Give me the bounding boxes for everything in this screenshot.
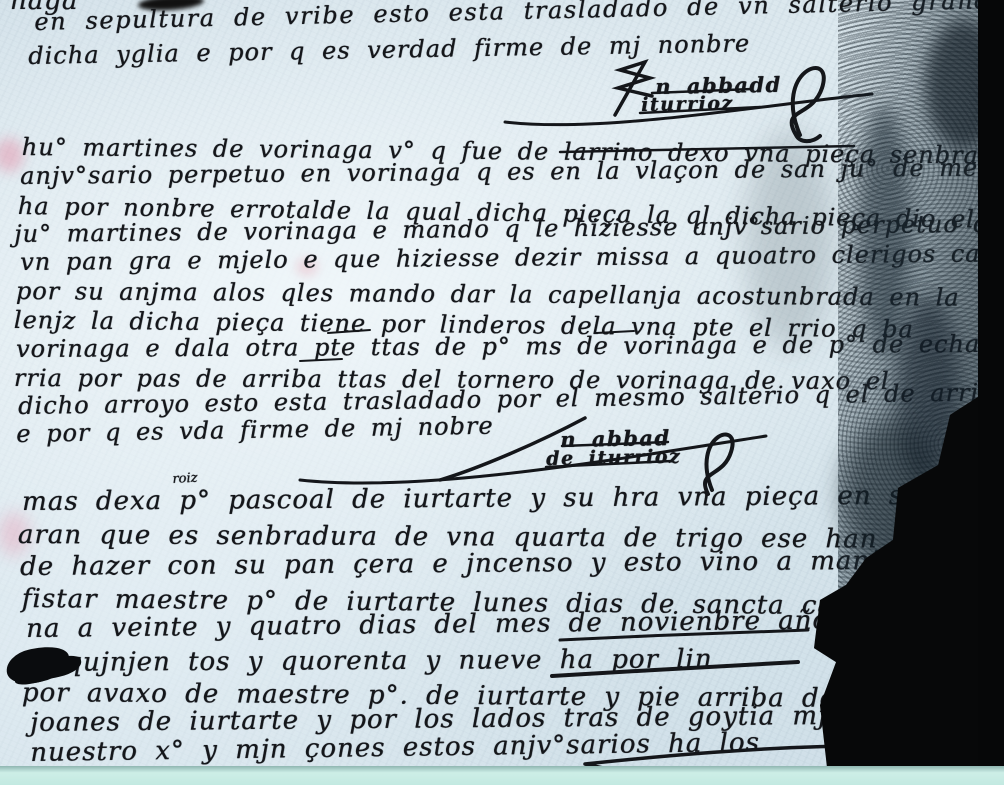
scan-shadow [745, 130, 835, 350]
signature-surname-iturrioz-2: de iturrioz [546, 446, 681, 470]
manuscript-line: dicha yglia e por q es verdad firme de m… [28, 29, 750, 70]
signature-sweep-2 [300, 436, 766, 483]
manuscript-line: de qujnjen tos y quorenta y nueve ha por… [14, 644, 713, 678]
superscript-annotation: roiz [172, 471, 198, 487]
manuscript-scan: naga en sepultura de vribe esto esta tra… [0, 0, 1004, 785]
scanner-bed-strip [0, 766, 1004, 785]
manuscript-line: mas dexa p° pascoal de iurtarte y su hra… [22, 480, 963, 517]
scan-shadow [858, 105, 910, 355]
signature-surname-iturrioz-1: iturrioz [641, 92, 734, 116]
black-scan-edge [978, 0, 1004, 766]
manuscript-line: de hazer con su pan çera e jncenso y est… [20, 546, 879, 582]
manuscript-line: vorinaga e dala otra pte ttas de p° ms d… [16, 330, 980, 363]
